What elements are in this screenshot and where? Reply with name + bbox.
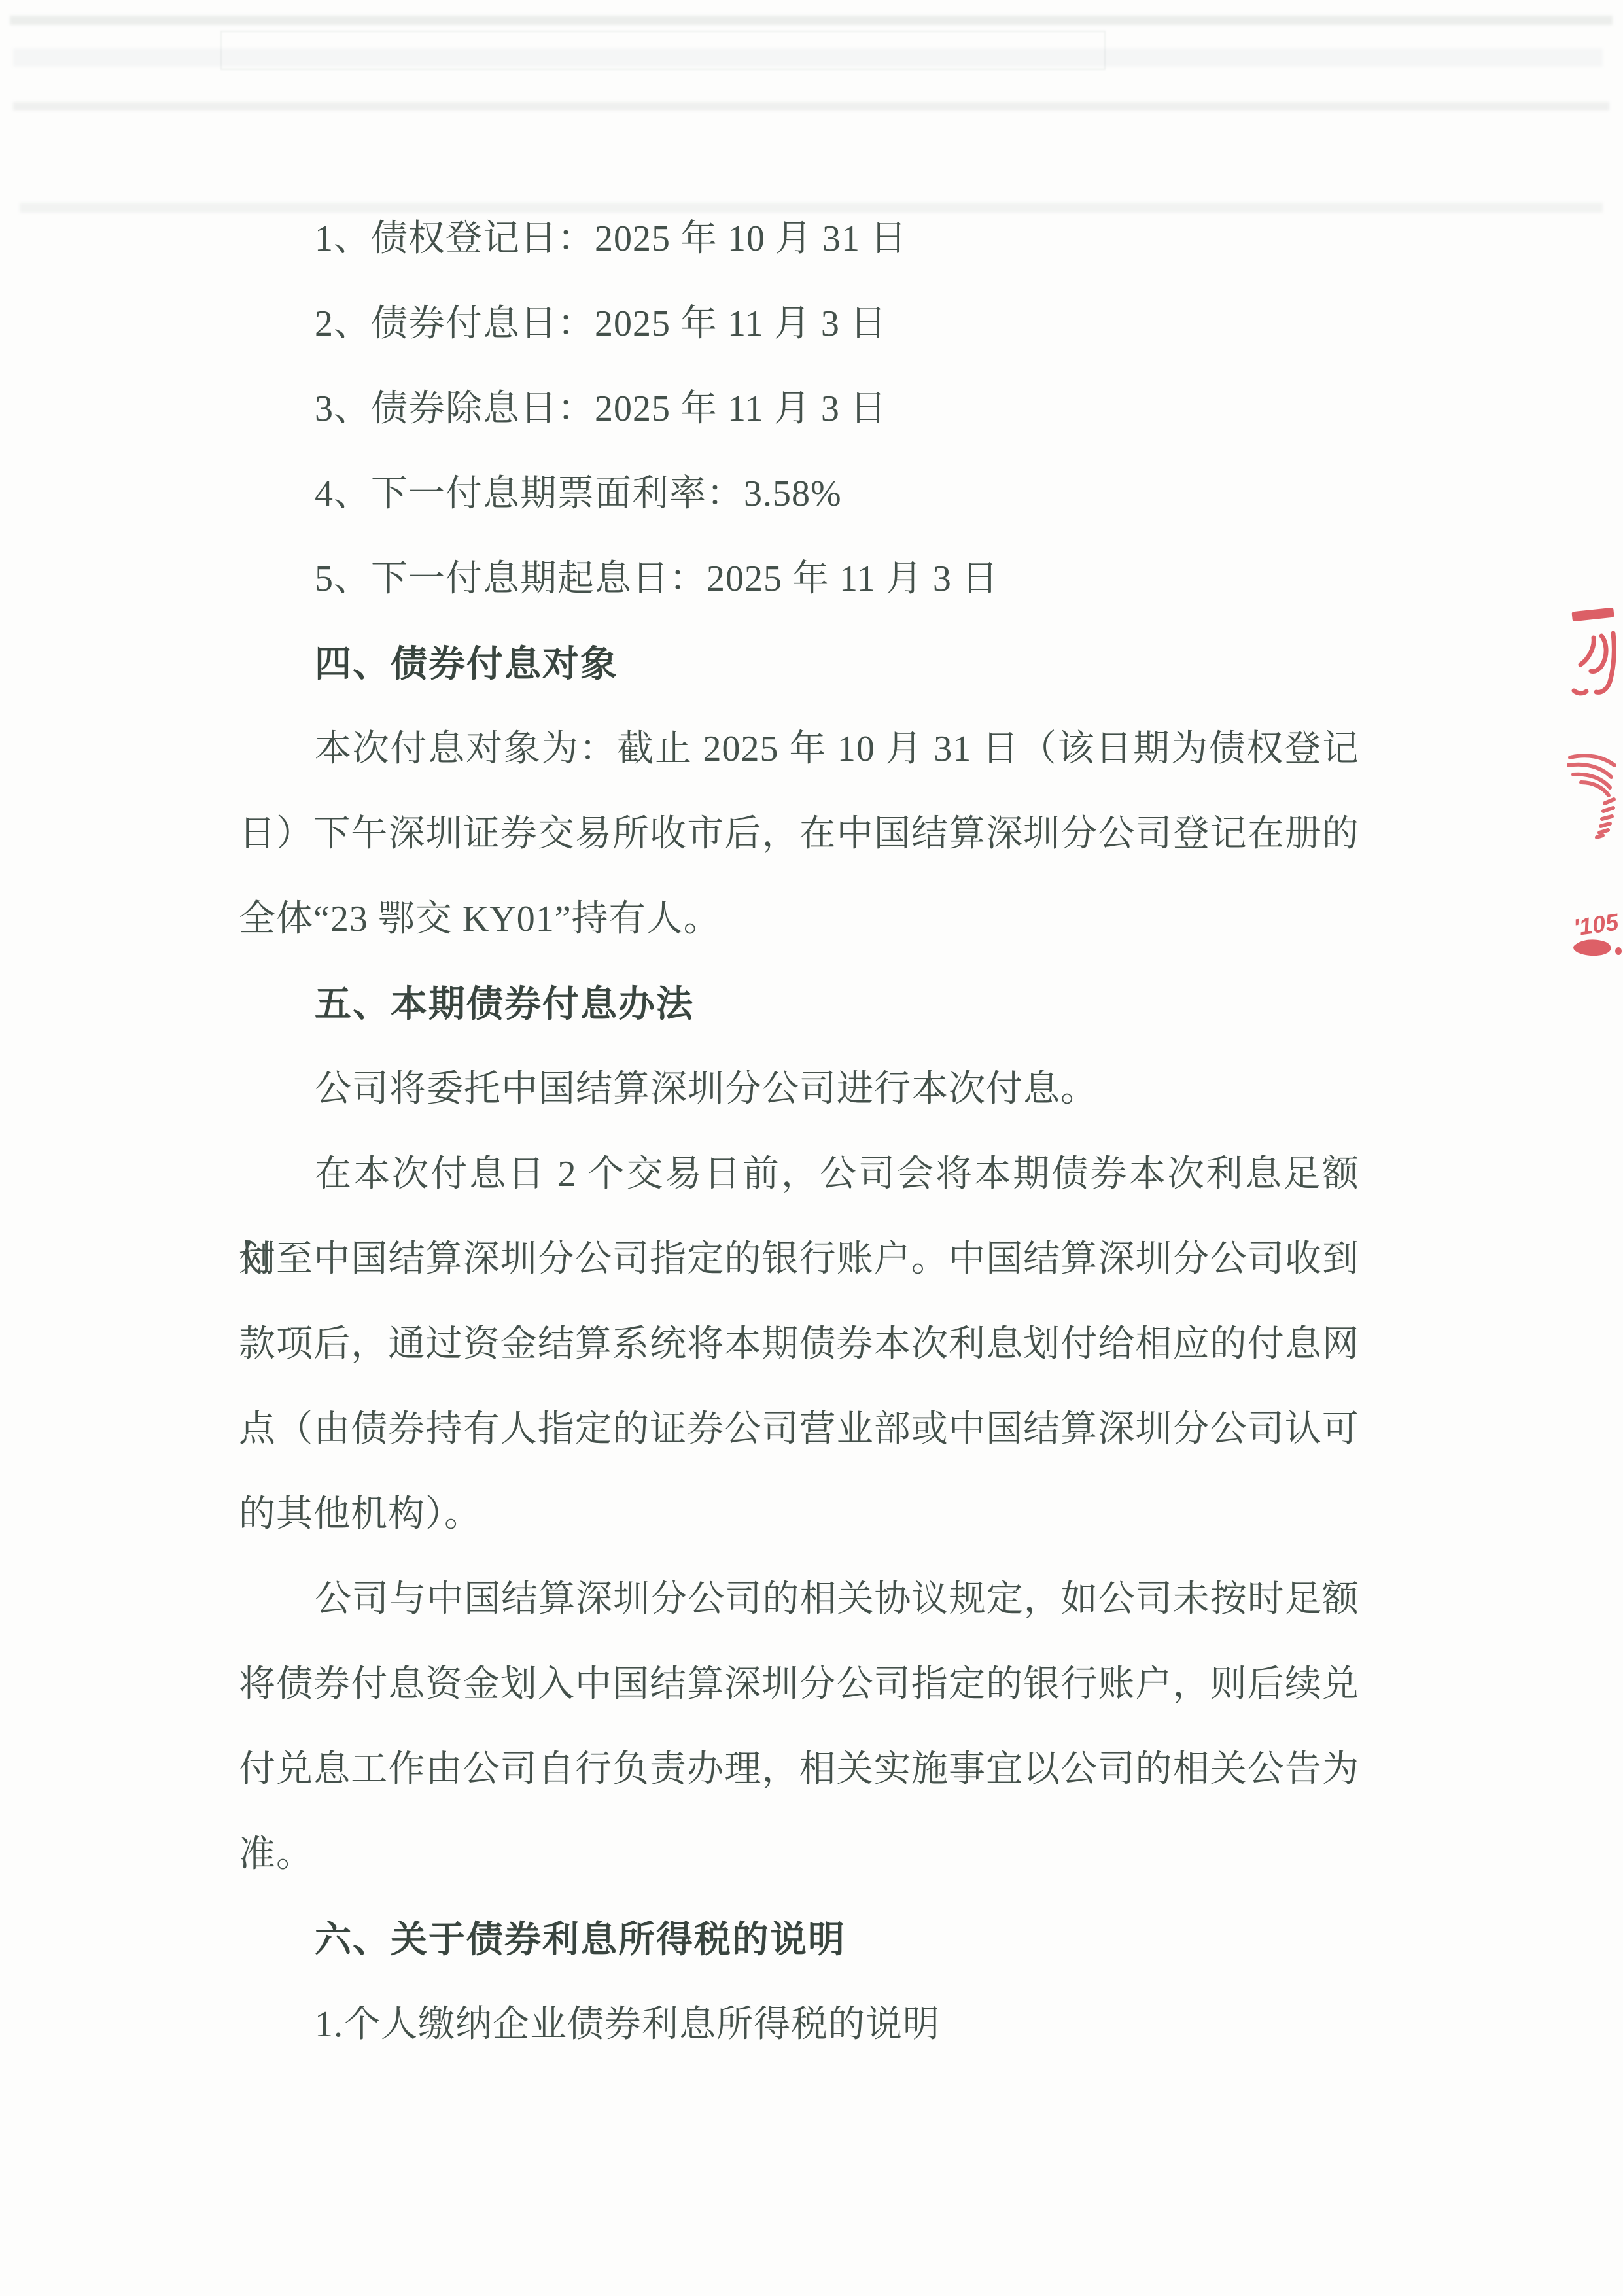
paragraph-line: 公司将委托中国结算深圳分公司进行本次付息。 (239, 1047, 1359, 1132)
scanned-document-page: 1、债权登记日：2025 年 10 月 31 日 2、债券付息日：2025 年 … (0, 0, 1623, 2296)
section-heading-5: 五、本期债券付息办法 (239, 962, 1359, 1047)
section-heading-6: 六、关于债券利息所得税的说明 (239, 1897, 1359, 1982)
paragraph-line: 点（由债券持有人指定的证券公司营业部或中国结算深圳分公司认可 (239, 1387, 1359, 1472)
list-item-2: 2、债券付息日：2025 年 11 月 3 日 (239, 281, 1359, 366)
paragraph-line: 付兑息工作由公司自行负责办理，相关实施事宜以公司的相关公告为 (239, 1727, 1359, 1812)
scan-ghost-band (13, 48, 1603, 67)
scan-ghost-box (220, 31, 1106, 70)
list-item-3: 3、债券除息日：2025 年 11 月 3 日 (239, 366, 1359, 451)
paragraph-line: 的其他机构）。 (239, 1472, 1359, 1557)
paragraph-line: 全体“23 鄂交 KY01”持有人。 (239, 877, 1359, 962)
paragraph-line: 付至中国结算深圳分公司指定的银行账户。中国结算深圳分公司收到 (239, 1217, 1359, 1302)
section-heading-4: 四、债券付息对象 (239, 621, 1359, 706)
seal-code-text: '105 (1572, 909, 1621, 941)
paragraph-line: 本次付息对象为：截止 2025 年 10 月 31 日（该日期为债权登记 (239, 706, 1359, 791)
red-seal-fragment-middle-icon (1567, 752, 1623, 839)
red-seal-fragment-top-icon (1569, 602, 1623, 700)
paragraph-line: 在本次付息日 2 个交易日前，公司会将本期债券本次利息足额划 (239, 1132, 1359, 1217)
paragraph-line: 日）下午深圳证券交易所收市后，在中国结算深圳分公司登记在册的 (239, 791, 1359, 877)
scan-ghost-band (13, 102, 1609, 111)
list-item-5: 5、下一付息期起息日：2025 年 11 月 3 日 (239, 536, 1359, 621)
paragraph-line: 准。 (239, 1812, 1359, 1897)
document-body: 1、债权登记日：2025 年 10 月 31 日 2、债券付息日：2025 年 … (239, 196, 1359, 2067)
list-item-1: 1、债权登记日：2025 年 10 月 31 日 (239, 196, 1359, 281)
paragraph-line: 款项后，通过资金结算系统将本期债券本次利息划付给相应的付息网 (239, 1302, 1359, 1387)
red-seal-fragment-bottom-icon: '105 (1570, 909, 1623, 958)
paragraph-line: 将债券付息资金划入中国结算深圳分公司指定的银行账户，则后续兑 (239, 1642, 1359, 1727)
paragraph-line: 1.个人缴纳企业债券利息所得税的说明 (239, 1982, 1359, 2067)
paragraph-line: 公司与中国结算深圳分公司的相关协议规定，如公司未按时足额 (239, 1557, 1359, 1642)
scan-ghost-band (10, 16, 1613, 25)
list-item-4: 4、下一付息期票面利率：3.58% (239, 451, 1359, 536)
